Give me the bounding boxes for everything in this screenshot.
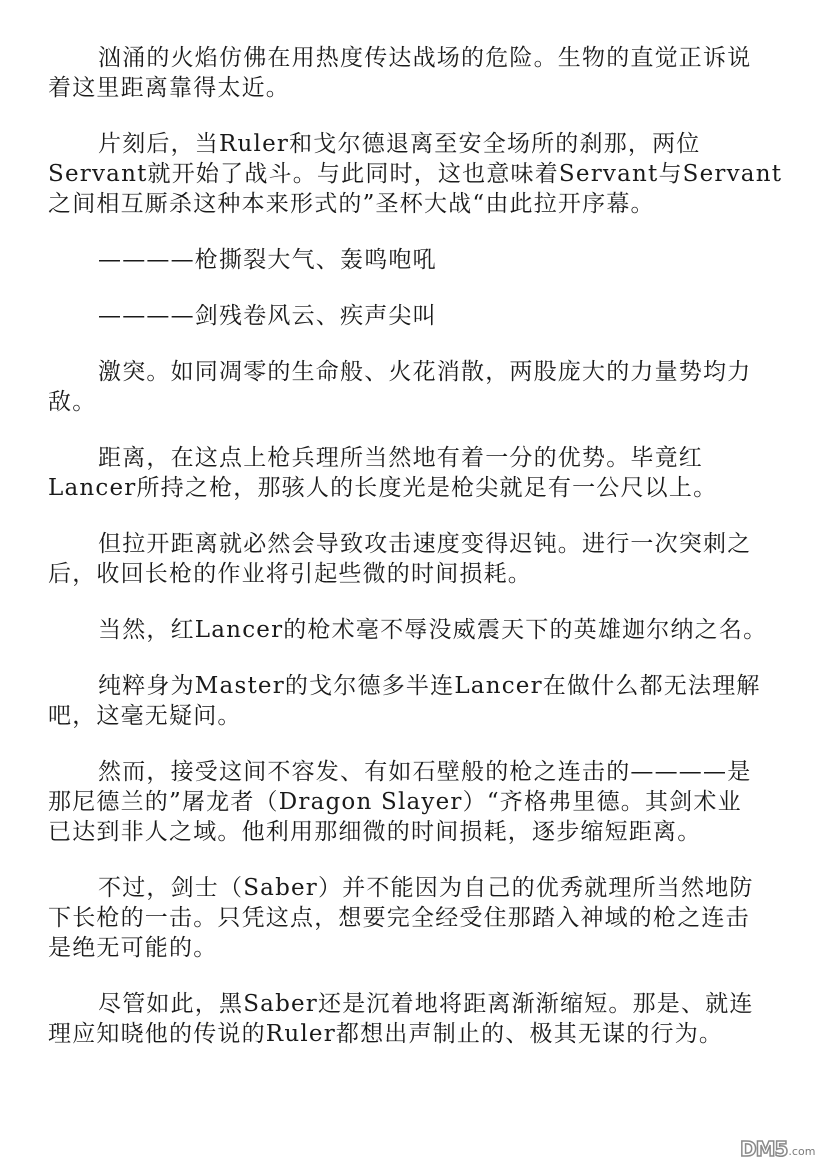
text-line: 当然，红Lancer的枪术毫不辱没威震天下的英雄迦尔纳之名。	[48, 615, 783, 645]
text-line: 之间相互厮杀这种本来形式的”圣杯大战“由此拉开序幕。	[48, 189, 783, 219]
text-line: 激突。如同凋零的生命般、火花消散，两股庞大的力量势均力	[48, 357, 783, 387]
text-line: 不过，剑士（Saber）并不能因为自己的优秀就理所当然地防	[48, 873, 783, 903]
text-line: 然而，接受这间不容发、有如石壁般的枪之连击的————是	[48, 757, 783, 787]
text-line: 已达到非人之域。他利用那细微的时间损耗，逐步缩短距离。	[48, 817, 783, 847]
text-line: 着这里距离靠得太近。	[48, 73, 783, 103]
text-line: 纯粹身为Master的戈尔德多半连Lancer在做什么都无法理解	[48, 671, 783, 701]
text-line: Lancer所持之枪，那骇人的长度光是枪尖就足有一公尺以上。	[48, 473, 783, 503]
text-line: 距离，在这点上枪兵理所当然地有着一分的优势。毕竟红	[48, 443, 783, 473]
text-line: 是绝无可能的。	[48, 933, 783, 963]
text-line: 下长枪的一击。只凭这点，想要完全经受住那踏入神域的枪之连击	[48, 903, 783, 933]
paragraph-3: ————枪撕裂大气、轰鸣咆吼	[48, 245, 783, 275]
text-line: 后，收回长枪的作业将引起些微的时间损耗。	[48, 559, 783, 589]
paragraph-11: 不过，剑士（Saber）并不能因为自己的优秀就理所当然地防 下长枪的一击。只凭这…	[48, 873, 783, 963]
text-line: 尽管如此，黑Saber还是沉着地将距离渐渐缩短。那是、就连	[48, 989, 783, 1019]
watermark-domain-suffix: .com	[788, 1145, 815, 1159]
text-line: 那尼德兰的”屠龙者（Dragon Slayer）“齐格弗里德。其剑术业	[48, 787, 783, 817]
text-line: 但拉开距离就必然会导致攻击速度变得迟钝。进行一次突刺之	[48, 529, 783, 559]
text-line: 片刻后，当Ruler和戈尔德退离至安全场所的刹那，两位	[48, 129, 783, 159]
text-line: 汹涌的火焰仿佛在用热度传达战场的危险。生物的直觉正诉说	[48, 43, 783, 73]
paragraph-8: 当然，红Lancer的枪术毫不辱没威震天下的英雄迦尔纳之名。	[48, 615, 783, 645]
text-line: 理应知晓他的传说的Ruler都想出声制止的、极其无谋的行为。	[48, 1019, 783, 1049]
paragraph-5: 激突。如同凋零的生命般、火花消散，两股庞大的力量势均力 敌。	[48, 357, 783, 417]
text-line: Servant就开始了战斗。与此同时，这也意味着Servant与Servant	[48, 159, 783, 189]
paragraph-2: 片刻后，当Ruler和戈尔德退离至安全场所的刹那，两位 Servant就开始了战…	[48, 129, 783, 219]
paragraph-9: 纯粹身为Master的戈尔德多半连Lancer在做什么都无法理解 吧，这毫无疑问…	[48, 671, 783, 731]
text-line: 吧，这毫无疑问。	[48, 701, 783, 731]
paragraph-6: 距离，在这点上枪兵理所当然地有着一分的优势。毕竟红 Lancer所持之枪，那骇人…	[48, 443, 783, 503]
text-line: 敌。	[48, 387, 783, 417]
novel-page: 汹涌的火焰仿佛在用热度传达战场的危险。生物的直觉正诉说 着这里距离靠得太近。 片…	[48, 43, 783, 1075]
dm5-watermark-logo: DM5 .com	[740, 1133, 820, 1159]
paragraph-7: 但拉开距离就必然会导致攻击速度变得迟钝。进行一次突刺之 后，收回长枪的作业将引起…	[48, 529, 783, 589]
paragraph-1: 汹涌的火焰仿佛在用热度传达战场的危险。生物的直觉正诉说 着这里距离靠得太近。	[48, 43, 783, 103]
watermark-logo-text: DM5	[740, 1139, 787, 1159]
text-line: ————剑残卷风云、疾声尖叫	[48, 301, 783, 331]
paragraph-4: ————剑残卷风云、疾声尖叫	[48, 301, 783, 331]
paragraph-10: 然而，接受这间不容发、有如石壁般的枪之连击的————是 那尼德兰的”屠龙者（Dr…	[48, 757, 783, 847]
paragraph-12: 尽管如此，黑Saber还是沉着地将距离渐渐缩短。那是、就连 理应知晓他的传说的R…	[48, 989, 783, 1049]
text-line: ————枪撕裂大气、轰鸣咆吼	[48, 245, 783, 275]
